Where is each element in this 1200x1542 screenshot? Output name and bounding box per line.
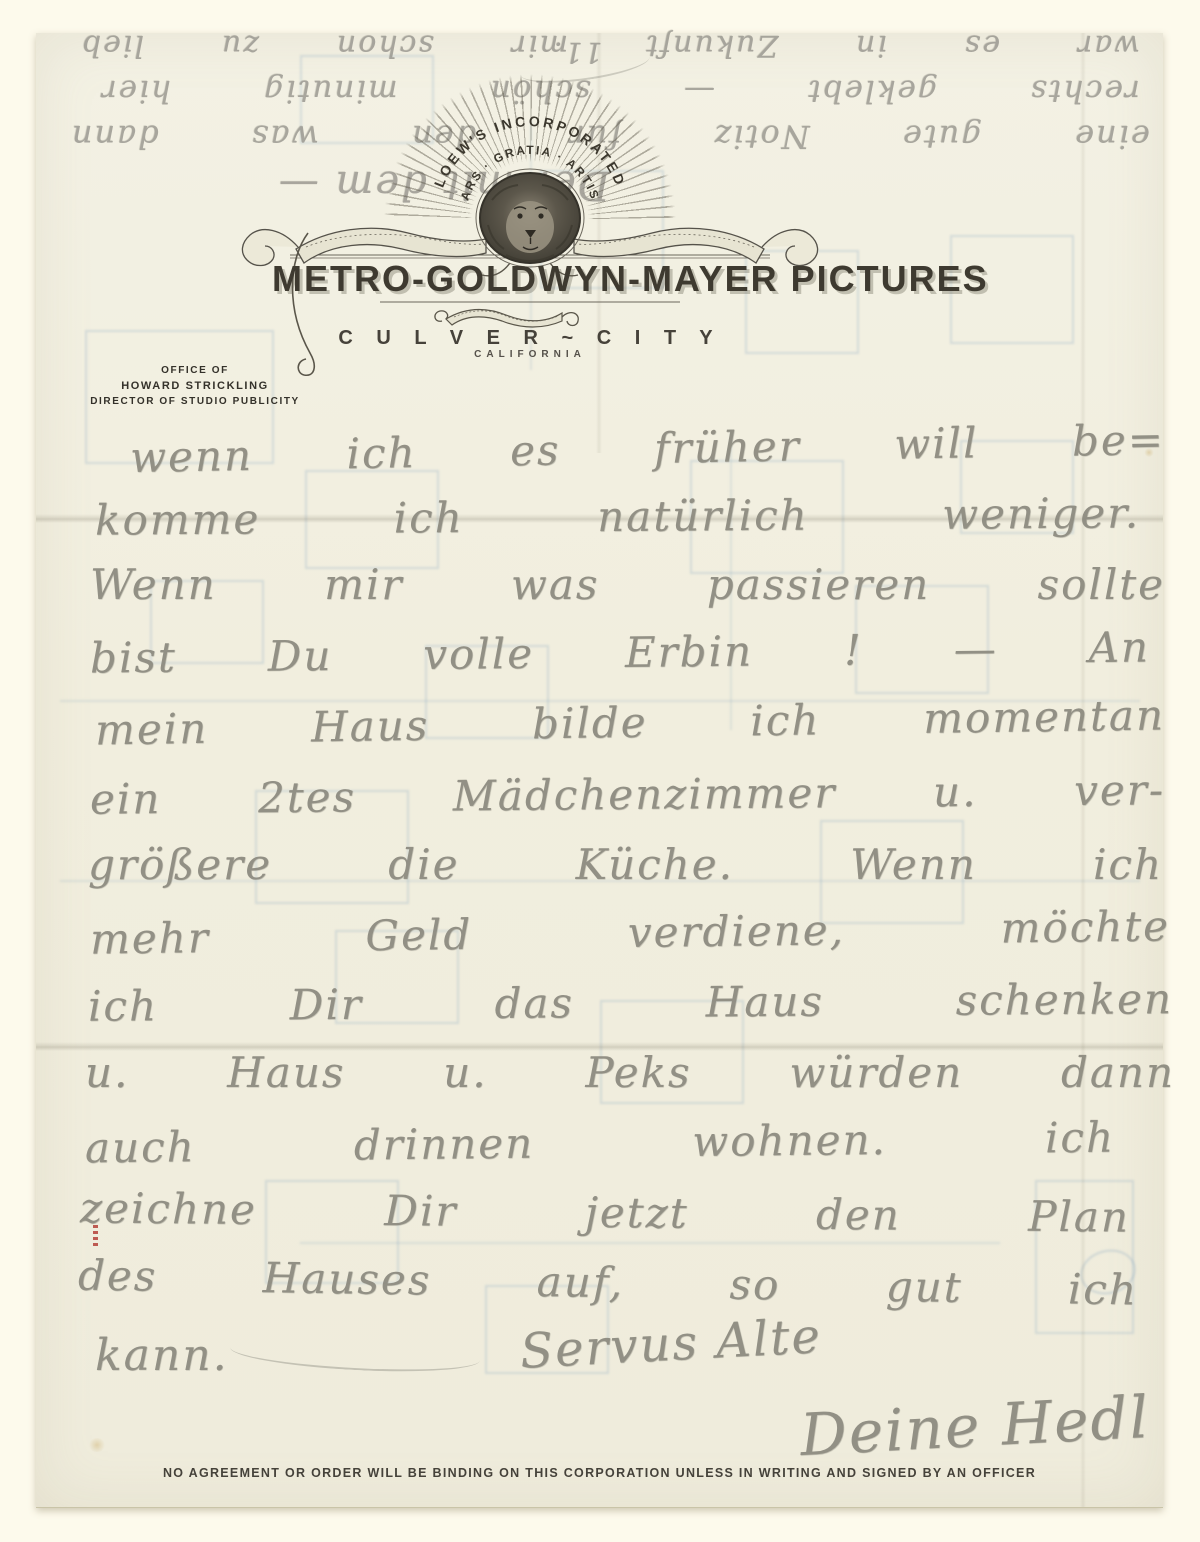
- handwriting-line: zeichne Dir jetzt den Plan: [80, 1183, 1130, 1241]
- handwriting-line: u. Haus u. Peks würden dann: [85, 1048, 1175, 1097]
- handwriting-line: größere die Küche. Wenn ich: [88, 840, 1163, 889]
- lion-medallion: [476, 169, 584, 267]
- handwriting-line: ein 2tes Mädchenzimmer u. ver-: [90, 765, 1165, 823]
- handwriting-line: Wenn mir was passieren sollte: [90, 560, 1165, 609]
- city-line: C U L V E R ~ C I T Y: [170, 327, 890, 350]
- state-line: CALIFORNIA: [170, 349, 890, 360]
- scanned-letter-page: { "page_number_inverted": "11.", "letter…: [0, 0, 1200, 1542]
- handwriting-line: ich Dir das Haus schenken: [88, 974, 1173, 1031]
- handwriting-closing-word: kann.: [95, 1330, 229, 1381]
- office-line-3: DIRECTOR OF STUDIO PUBLICITY: [60, 396, 330, 407]
- office-line-1: OFFICE OF: [60, 365, 330, 376]
- office-line-2: HOWARD STRICKLING: [60, 380, 330, 392]
- company-name: METRO-GOLDWYN-MAYER PICTURES: [272, 258, 832, 300]
- paper-stain: [88, 1438, 106, 1452]
- office-block: OFFICE OF HOWARD STRICKLING DIRECTOR OF …: [60, 365, 330, 407]
- legal-footer: NO AGREEMENT OR ORDER WILL BE BINDING ON…: [36, 1466, 1163, 1480]
- handwriting-line: komme ich natürlich weniger.: [95, 488, 1140, 544]
- small-scroll-ribbon: [435, 309, 578, 327]
- showthrough-line: [300, 1242, 1000, 1244]
